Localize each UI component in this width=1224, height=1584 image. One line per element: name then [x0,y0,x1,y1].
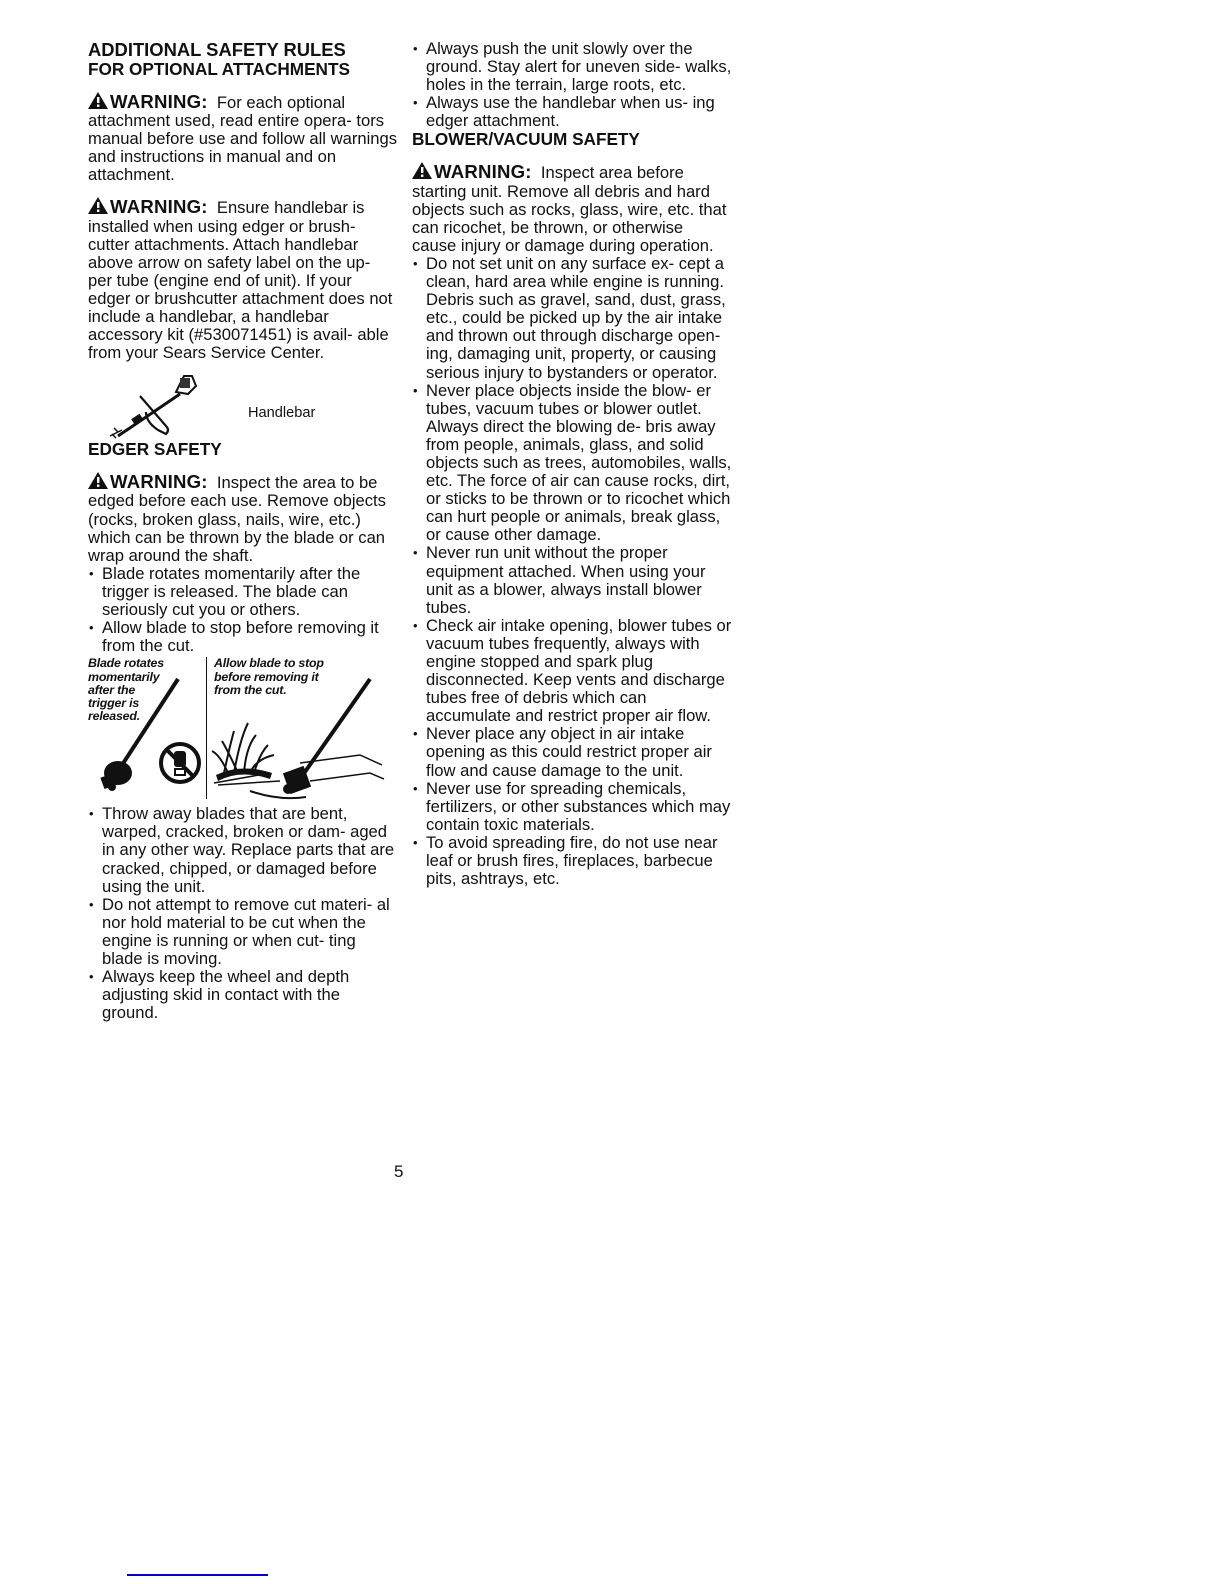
section-title: ADDITIONAL SAFETY RULES [88,40,398,60]
warning-triangle-icon [88,197,108,214]
left-column: ADDITIONAL SAFETY RULES FOR OPTIONAL ATT… [88,40,398,1022]
list-item: Never use for spreading chemicals, ferti… [412,780,732,834]
list-item: Always use the handlebar when us- ing ed… [412,94,732,130]
warning-triangle-icon [88,472,108,489]
edger-grass-icon [210,655,390,805]
hyperlink-underline[interactable] [127,1574,268,1576]
section-heading-edger: EDGER SAFETY [88,440,398,459]
warning-optional-attachments: WARNING: For each optional attachment us… [88,92,398,184]
list-item: Allow blade to stop before removing it f… [88,619,398,655]
list-item: Always keep the wheel and depth adjustin… [88,968,398,1022]
page-number: 5 [394,1162,403,1182]
warning-label: WARNING: [110,471,208,492]
figure-divider [206,657,207,799]
warning-edger: WARNING: Inspect the area to be edged be… [88,472,398,564]
warning-label: WARNING: [434,161,532,182]
list-item: Check air intake opening, blower tubes o… [412,617,732,726]
list-item: Always push the unit slowly over the gro… [412,40,732,94]
right-column: Always push the unit slowly over the gro… [412,40,732,888]
warning-triangle-icon [88,92,108,109]
section-heading-blower-vacuum: BLOWER/VACUUM SAFETY [412,130,732,149]
warning-text: Ensure handlebar is installed when using… [88,198,392,362]
warning-handlebar: WARNING: Ensure handlebar is installed w… [88,197,398,362]
list-item: Do not attempt to remove cut materi- al … [88,896,398,968]
warning-label: WARNING: [110,196,208,217]
list-item: Never place objects inside the blow- er … [412,382,732,545]
edger-illustration: Blade rotates momentarily after the trig… [88,655,398,805]
list-item: Never place any object in air intake ope… [412,725,732,779]
warning-triangle-icon [412,162,432,179]
no-hand-prohibition-icon [158,741,202,785]
list-item: Do not set unit on any surface ex- cept … [412,255,732,382]
list-item: To avoid spreading fire, do not use near… [412,834,732,888]
warning-blower-vacuum: WARNING: Inspect area before starting un… [412,162,732,254]
trimmer-handlebar-icon [88,364,248,440]
handlebar-illustration: Handlebar [88,364,398,440]
section-subtitle: FOR OPTIONAL ATTACHMENTS [88,60,398,79]
list-item: Blade rotates momentarily after the trig… [88,565,398,619]
edger-bullet-list-b: Throw away blades that are bent, warped,… [88,805,398,1022]
edger-bullet-list-c: Always push the unit slowly over the gro… [412,40,732,130]
edger-bullet-list-a: Blade rotates momentarily after the trig… [88,565,398,655]
figure-label-handlebar: Handlebar [248,404,315,422]
blower-bullet-list: Do not set unit on any surface ex- cept … [412,255,732,888]
list-item: Throw away blades that are bent, warped,… [88,805,398,895]
warning-label: WARNING: [110,91,208,112]
list-item: Never run unit without the proper equipm… [412,544,732,616]
